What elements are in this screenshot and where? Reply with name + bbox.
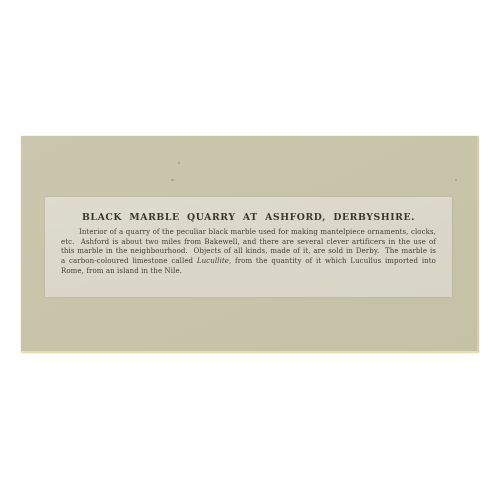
label-title: BLACK MARBLE QUARRY AT ASHFORD, DERBYSHI… — [61, 212, 436, 223]
scan-background: BLACK MARBLE QUARRY AT ASHFORD, DERBYSHI… — [0, 0, 500, 500]
label-body-line: Interior of a quarry of the peculiar bla… — [61, 228, 436, 238]
label-body-text: , from the quantity of it which Lucullus… — [229, 257, 436, 265]
label-body: Interior of a quarry of the peculiar bla… — [61, 228, 436, 276]
label-body-line: a carbon-coloured limestone called Lucul… — [61, 257, 436, 267]
paper-speck — [171, 179, 174, 181]
label-body-italic-text: Lucullite — [197, 257, 229, 265]
label-body-line: Rome, from an island in the Nile. — [61, 267, 436, 277]
label-body-text: Interior of a quarry of the peculiar bla… — [79, 228, 436, 236]
label-body-text: this marble in the neighbourhood. Object… — [61, 247, 436, 255]
label-body-line: this marble in the neighbourhood. Object… — [61, 247, 436, 257]
pasted-label: BLACK MARBLE QUARRY AT ASHFORD, DERBYSHI… — [45, 197, 452, 297]
card: BLACK MARBLE QUARRY AT ASHFORD, DERBYSHI… — [21, 136, 479, 353]
paper-speck — [178, 162, 180, 164]
label-body-text: etc. Ashford is about two miles from Bak… — [61, 238, 436, 246]
paper-speck — [455, 179, 457, 181]
label-body-line: etc. Ashford is about two miles from Bak… — [61, 238, 436, 248]
label-body-text: Rome, from an island in the Nile. — [61, 267, 182, 275]
label-body-text: a carbon-coloured limestone called — [61, 257, 197, 265]
